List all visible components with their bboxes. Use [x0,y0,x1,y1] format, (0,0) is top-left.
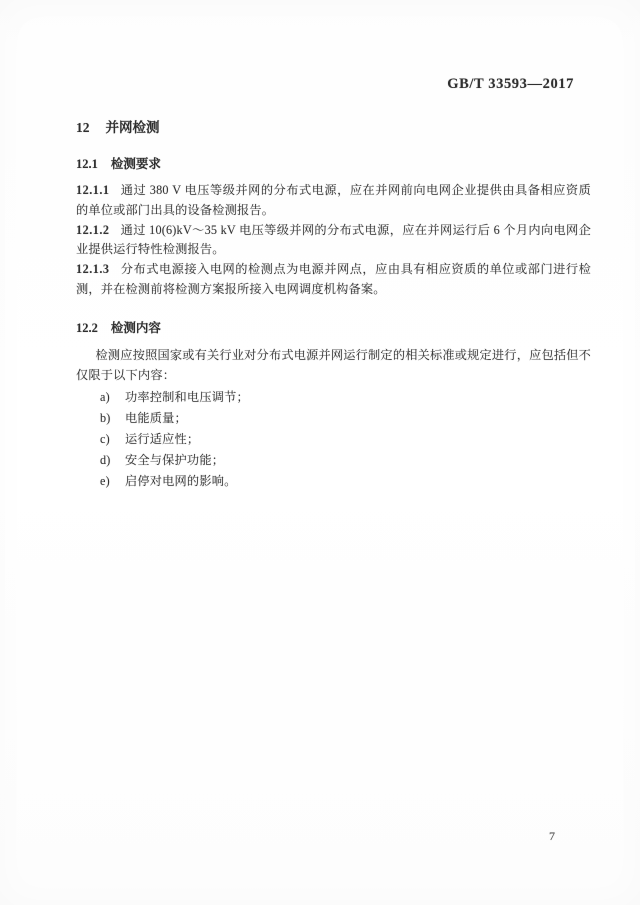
subsection-heading-12-1: 12.1检测要求 [76,156,591,172]
clause-number: 12.1.1 [76,183,109,197]
intro-paragraph: 检测应按照国家或有关行业对分布式电源并网运行制定的相关标准或规定进行，应包括但不… [76,345,591,386]
list-item-marker: e) [100,471,118,492]
clause-text: 通过 380 V 电压等级并网的分布式电源，应在并网前向电网企业提供由具备相应资… [76,183,591,217]
list-item-text: 电能质量； [125,411,187,425]
page-content: 12并网检测 12.1检测要求 12.1.1通过 380 V 电压等级并网的分布… [76,119,591,492]
list-item-text: 运行适应性； [125,432,199,446]
section-number: 12 [76,120,90,135]
clause-text: 通过 10(6)kV～35 kV 电压等级并网的分布式电源，应在并网运行后 6 … [76,223,591,257]
clause-12-1-1: 12.1.1通过 380 V 电压等级并网的分布式电源，应在并网前向电网企业提供… [76,181,591,221]
clause-number: 12.1.2 [76,223,109,237]
clause-12-1-3: 12.1.3分布式电源接入电网的检测点为电源并网点，应由具有相应资质的单位或部门… [76,260,591,300]
list-item: d)安全与保护功能； [100,450,591,471]
subsection-title: 检测要求 [111,157,161,171]
clause-group: 12.1.1通过 380 V 电压等级并网的分布式电源，应在并网前向电网企业提供… [76,181,591,300]
content-list: a)功率控制和电压调节； b)电能质量； c)运行适应性； d)安全与保护功能；… [76,387,591,492]
list-item-marker: c) [100,429,118,450]
subsection-number: 12.2 [76,321,98,335]
list-item-text: 启停对电网的影响。 [125,474,237,488]
page-number: 7 [549,829,555,844]
list-item: e)启停对电网的影响。 [100,471,591,492]
list-item-marker: d) [100,450,118,471]
list-item: c)运行适应性； [100,429,591,450]
clause-text: 分布式电源接入电网的检测点为电源并网点，应由具有相应资质的单位或部门进行检测，并… [76,262,591,296]
clause-12-1-2: 12.1.2通过 10(6)kV～35 kV 电压等级并网的分布式电源，应在并网… [76,221,591,261]
section-heading-12: 12并网检测 [76,119,591,136]
list-item: a)功率控制和电压调节； [100,387,591,408]
document-page: GB/T 33593—2017 12并网检测 12.1检测要求 12.1.1通过… [0,0,640,905]
section-title: 并网检测 [106,120,160,135]
standard-code-header: GB/T 33593—2017 [447,76,574,93]
list-item: b)电能质量； [100,408,591,429]
list-item-marker: b) [100,408,118,429]
list-item-marker: a) [100,387,118,408]
list-item-text: 功率控制和电压调节； [125,390,249,404]
subsection-heading-12-2: 12.2检测内容 [76,320,591,336]
subsection-number: 12.1 [76,157,98,171]
clause-number: 12.1.3 [76,262,109,276]
list-item-text: 安全与保护功能； [125,453,224,467]
subsection-title: 检测内容 [111,321,161,335]
